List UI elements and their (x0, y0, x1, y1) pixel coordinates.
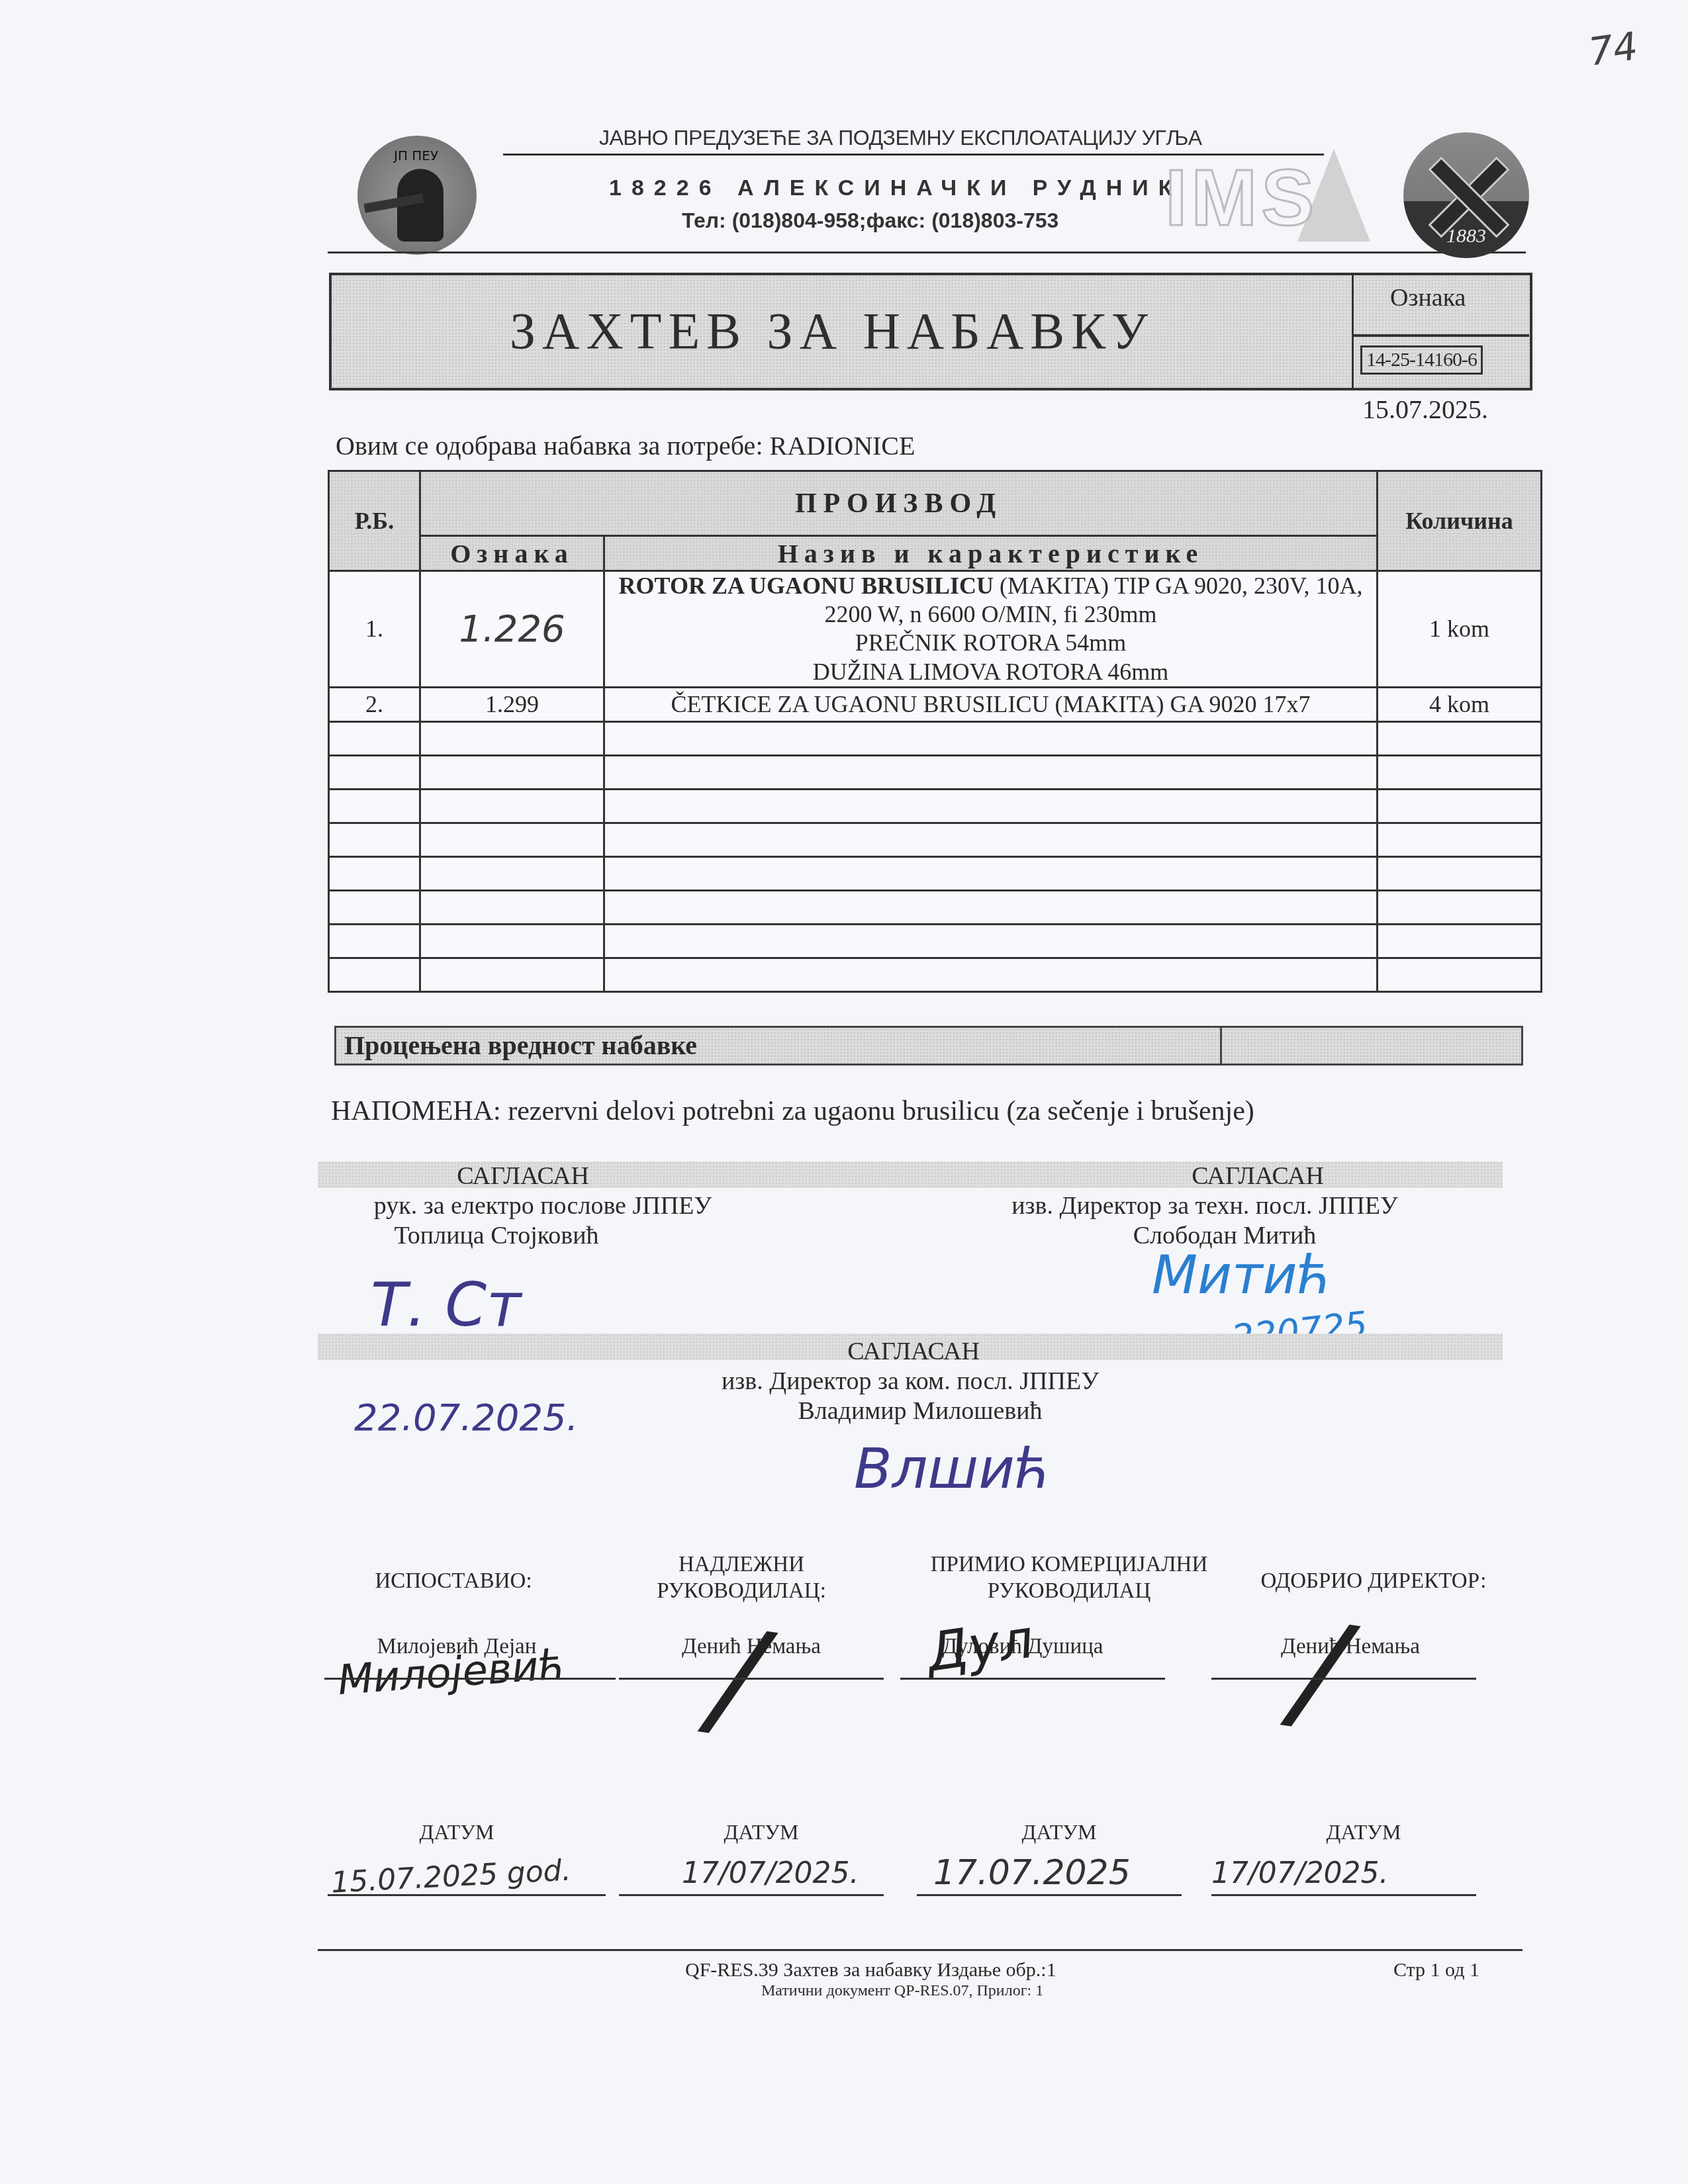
organization-city: 18226 АЛЕКСИНАЧКИ РУДНИК (609, 175, 1182, 201)
company-logo-miner: ЈП ПЕУ (357, 136, 477, 255)
table-row-empty (329, 890, 1542, 924)
date-label-director: ДАТУМ (1304, 1820, 1423, 1844)
empty-cell (1378, 924, 1542, 958)
organization-phone: Тел: (018)804-958;факс: (018)803-753 (682, 208, 1058, 233)
approval-signature-2: Митић (1152, 1244, 1332, 1306)
empty-cell (1378, 823, 1542, 856)
approval-role-2: изв. Директор за техн. посл. ЈППЕУ (966, 1191, 1443, 1220)
item-description-line: DUŽINA LIMOVA ROTORA 46mm (813, 659, 1169, 685)
empty-cell (420, 924, 604, 958)
empty-cell (329, 856, 420, 890)
handwritten-item-code: 1.226 (459, 608, 565, 651)
items-table: Р.Б. ПРОИЗВОД Количина Ознака Назив и ка… (328, 470, 1542, 993)
row-number: 1. (329, 571, 420, 688)
empty-cell (329, 890, 420, 924)
column-header-name: Назив и карактеристике (604, 536, 1378, 571)
empty-cell (1378, 958, 1542, 991)
table-row-empty (329, 924, 1542, 958)
approval-status-1: САГЛАСАН (397, 1161, 649, 1191)
signoff-role-commercial: ПРИМИО КОМЕРЦИЈАЛНИ РУКОВОДИЛАЦ (914, 1552, 1225, 1604)
item-description-line: 2200 W, n 6600 O/MIN, fi 230mm (824, 601, 1156, 627)
table-row-empty (329, 721, 1542, 755)
item-description-line: (MAKITA) TIP GA 9020, 230V, 10A, (994, 572, 1362, 599)
handwritten-page-number: 74 (1586, 23, 1641, 75)
logo-label: ЈП ПЕУ (394, 148, 438, 163)
empty-cell (1378, 789, 1542, 823)
item-code: 1.299 (420, 687, 604, 721)
signoff-role-issued: ИСПОСТАВИО: (344, 1569, 563, 1595)
approval-signature-3: Влшић (854, 1436, 1051, 1501)
document-date: 15.07.2025. (1362, 394, 1488, 425)
signoff-role-manager: НАДЛЕЖНИ РУКОВОДИЛАЦ: (649, 1552, 834, 1604)
empty-cell (420, 721, 604, 755)
date-line (1211, 1894, 1476, 1896)
approval-signature-1: Т. Ст (371, 1271, 521, 1340)
signoff-role-director: ОДОБРИО ДИРЕКТОР: (1238, 1569, 1509, 1595)
date-value-issued: 15.07.2025 god. (330, 1854, 572, 1900)
date-line (328, 1894, 606, 1896)
empty-cell (604, 958, 1378, 991)
note: НАПОМЕНА: rezervni delovi potrebni za ug… (331, 1095, 1254, 1127)
empty-cell (604, 789, 1378, 823)
document-title: ЗАХТЕВ ЗА НАБАВКУ (510, 301, 1154, 361)
header-divider (328, 251, 1526, 253)
empty-cell (329, 823, 420, 856)
item-quantity: 1 kom (1378, 571, 1542, 688)
item-description: ČETKICE ZA UGAONU BRUSILICU (MAKITA) GA … (604, 687, 1378, 721)
empty-cell (329, 958, 420, 991)
table-header-row: Р.Б. ПРОИЗВОД Количина (329, 471, 1542, 536)
footer-divider (318, 1949, 1523, 1951)
date-line (917, 1894, 1182, 1896)
approval-name-3: Владимир Милошевић (735, 1396, 1105, 1426)
date-value-manager: 17/07/2025. (682, 1856, 859, 1890)
table-row-empty (329, 856, 1542, 890)
estimated-value-divider (1220, 1026, 1222, 1066)
ims-certification-logo: IMS (1165, 152, 1318, 244)
parent-document: Матични документ QP-RES.07, Прилог: 1 (761, 1982, 1043, 2000)
empty-cell (420, 890, 604, 924)
page-indicator: Стр 1 од 1 (1393, 1959, 1479, 1981)
empty-cell (329, 755, 420, 789)
date-label-manager: ДАТУМ (702, 1820, 821, 1844)
signature-line (1211, 1678, 1476, 1680)
table-row-empty (329, 789, 1542, 823)
signoff-signature-director: / (1287, 1592, 1352, 1751)
estimated-value-label: Процењена вредност набавке (344, 1030, 697, 1061)
row-number: 2. (329, 687, 420, 721)
date-label-commercial: ДАТУМ (1000, 1820, 1119, 1844)
column-header-rb: Р.Б. (329, 471, 420, 571)
empty-cell (1378, 856, 1542, 890)
empty-cell (604, 755, 1378, 789)
empty-rows (329, 721, 1542, 991)
table-row: 1. 1.226 ROTOR ZA UGAONU BRUSILICU (MAKI… (329, 571, 1542, 688)
approval-role-1: рук. за електро послове ЈППЕУ (318, 1191, 768, 1220)
column-header-code: Ознака (420, 536, 604, 571)
empty-cell (329, 924, 420, 958)
empty-cell (604, 924, 1378, 958)
reference-label: Ознака (1390, 283, 1466, 312)
organization-name: ЈАВНО ПРЕДУЗЕЋЕ ЗА ПОДЗЕМНУ ЕКСПЛОАТАЦИЈ… (599, 126, 1202, 150)
empty-cell (420, 856, 604, 890)
approval-name-1: Топлица Стојковић (331, 1221, 662, 1250)
empty-cell (604, 823, 1378, 856)
column-header-quantity: Количина (1378, 471, 1542, 571)
signature-line (900, 1678, 1165, 1680)
date-value-commercial: 17.07.2025 (933, 1853, 1131, 1893)
table-row: 2. 1.299 ČETKICE ZA UGAONU BRUSILICU (MA… (329, 687, 1542, 721)
empty-cell (604, 856, 1378, 890)
approval-role-3: изв. Директор за ком. посл. ЈППЕУ (649, 1367, 1172, 1396)
item-description-line: PREČNIK ROTORA 54mm (855, 629, 1126, 656)
signature-line (324, 1678, 616, 1680)
empty-cell (420, 755, 604, 789)
empty-cell (604, 721, 1378, 755)
item-quantity: 4 kom (1378, 687, 1542, 721)
reference-number: 14-25-14160-6 (1360, 345, 1483, 375)
empty-cell (1378, 721, 1542, 755)
approval-statement: Овим се одобрава набавка за потребе: RAD… (336, 430, 915, 461)
title-divider (1352, 273, 1354, 390)
approval-status-3: САГЛАСАН (781, 1337, 1046, 1366)
table-subheader-row: Ознака Назив и карактеристике (329, 536, 1542, 571)
empty-cell (420, 823, 604, 856)
table-row-empty (329, 755, 1542, 789)
logo-year: 1883 (1403, 225, 1529, 248)
signoff-name-director: Денић Немања (1258, 1635, 1443, 1659)
reference-divider (1353, 334, 1529, 337)
empty-cell (329, 721, 420, 755)
signature-line (619, 1678, 884, 1680)
empty-cell (604, 890, 1378, 924)
empty-cell (1378, 755, 1542, 789)
item-description: ROTOR ZA UGAONU BRUSILICU (MAKITA) TIP G… (604, 571, 1378, 688)
table-row-empty (329, 823, 1542, 856)
approval-status-2: САГЛАСАН (1125, 1161, 1390, 1191)
signoff-signature-commercial: Дул (923, 1608, 1037, 1683)
approval-date-1: 22.07.2025. (354, 1396, 578, 1439)
empty-cell (420, 958, 604, 991)
empty-cell (420, 789, 604, 823)
item-description-bold: ROTOR ZA UGAONU BRUSILICU (619, 572, 994, 599)
form-code: QF-RES.39 Захтев за набавку Издање обр.:… (685, 1959, 1056, 1981)
table-row-empty (329, 958, 1542, 991)
date-label-issued: ДАТУМ (397, 1820, 516, 1844)
empty-cell (329, 789, 420, 823)
empty-cell (1378, 890, 1542, 924)
date-value-director: 17/07/2025. (1211, 1856, 1389, 1890)
date-line (619, 1894, 884, 1896)
item-code: 1.226 (420, 571, 604, 688)
column-header-product: ПРОИЗВОД (420, 471, 1378, 536)
mining-hammers-logo: 1883 (1403, 132, 1529, 258)
